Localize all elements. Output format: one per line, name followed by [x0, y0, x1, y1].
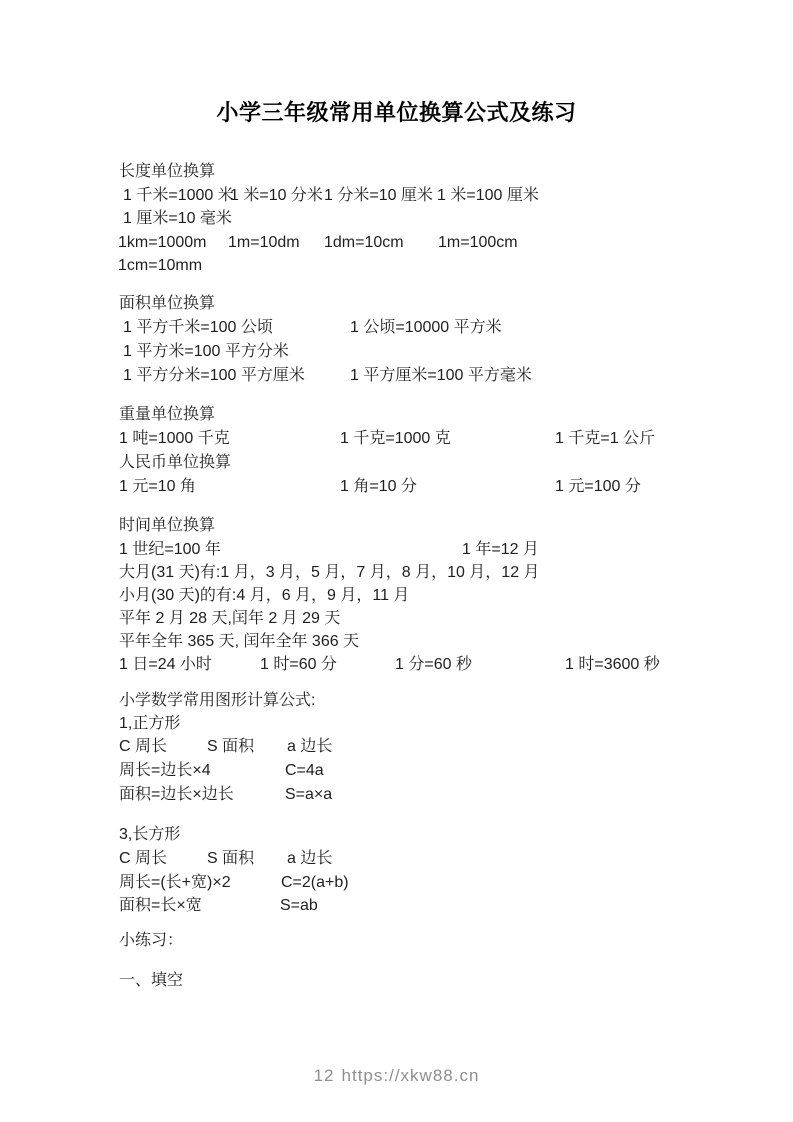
footer-url: https://xkw88.cn [342, 1066, 480, 1086]
time-row6-col2: 1 时=60 分 [260, 653, 337, 677]
length-row3-col2: 1m=10dm [228, 231, 300, 255]
time-heading: 时间单位换算 [119, 514, 215, 538]
area-row1-col2: 1 公顷=10000 平方米 [350, 316, 502, 340]
square-area-formula: S=a×a [285, 783, 332, 807]
footer-page-number: 12 [314, 1066, 335, 1086]
time-row6-col1: 1 日=24 小时 [119, 653, 212, 677]
weight-row1-col1: 1 吨=1000 千克 [119, 427, 230, 451]
money-heading: 人民币单位换算 [119, 451, 231, 475]
length-row3-col3: 1dm=10cm [324, 231, 404, 255]
length-row2-col1: 1 厘米=10 毫米 [123, 207, 232, 231]
square-label: 1,正方形 [119, 712, 180, 736]
rectangle-label: 3,长方形 [119, 823, 180, 847]
length-row1-col3: 1 分米=10 厘米 [324, 184, 433, 208]
weight-row1-col2: 1 千克=1000 克 [340, 427, 451, 451]
weight-heading: 重量单位换算 [119, 403, 215, 427]
area-row3-col1: 1 平方分米=100 平方厘米 [123, 364, 305, 388]
money-row1-col3: 1 元=100 分 [555, 475, 641, 499]
length-row4-col1: 1cm=10mm [118, 254, 202, 278]
area-heading: 面积单位换算 [119, 292, 215, 316]
square-perimeter-cn: 周长=边长×4 [119, 759, 211, 783]
time-row1-col1: 1 世纪=100 年 [119, 538, 221, 562]
square-area-cn: 面积=边长×边长 [119, 783, 234, 807]
length-heading: 长度单位换算 [119, 160, 215, 184]
area-row1-col1: 1 平方千米=100 公顷 [123, 316, 273, 340]
page-footer: 12 https://xkw88.cn [0, 1066, 793, 1086]
square-perimeter-formula: C=4a [285, 759, 324, 783]
length-row1-col1: 1 千米=1000 米 [123, 184, 234, 208]
formulas-heading: 小学数学常用图形计算公式: [119, 689, 315, 713]
money-row1-col2: 1 角=10 分 [340, 475, 417, 499]
time-row4: 平年 2 月 28 天,闰年 2 月 29 天 [119, 607, 340, 631]
practice-heading: 小练习： [119, 929, 183, 953]
time-row3: 小月(30 天)的有:4 月，6 月，9 月，11 月 [119, 584, 409, 608]
length-row1-col2: 1 米=10 分米 [230, 184, 323, 208]
length-row3-col1: 1km=1000m [118, 231, 207, 255]
square-var-c: C 周长 [119, 735, 167, 759]
time-row5: 平年全年 365 天, 闰年全年 366 天 [119, 630, 359, 654]
rectangle-var-a: a 边长 [287, 847, 332, 871]
time-row1-col2: 1 年=12 月 [462, 538, 539, 562]
time-row6-col3: 1 分=60 秒 [395, 653, 472, 677]
rectangle-area-cn: 面积=长×宽 [119, 894, 202, 918]
area-row3-col2: 1 平方厘米=100 平方毫米 [350, 364, 532, 388]
money-row1-col1: 1 元=10 角 [119, 475, 196, 499]
practice-item-fill-blanks: 一、填空 [119, 969, 183, 993]
area-row2-col1: 1 平方米=100 平方分米 [123, 340, 289, 364]
length-row1-col4: 1 米=100 厘米 [437, 184, 539, 208]
document-page: 小学三年级常用单位换算公式及练习 长度单位换算 1 千米=1000 米 1 米=… [0, 0, 793, 1122]
rectangle-var-c: C 周长 [119, 847, 167, 871]
length-row3-col4: 1m=100cm [438, 231, 518, 255]
time-row2: 大月(31 天)有:1 月，3 月，5 月，7 月，8 月，10 月，12 月 [119, 561, 540, 585]
square-var-a: a 边长 [287, 735, 332, 759]
rectangle-perimeter-formula: C=2(a+b) [281, 871, 349, 895]
page-title: 小学三年级常用单位换算公式及练习 [0, 96, 793, 127]
rectangle-perimeter-cn: 周长=(长+宽)×2 [119, 871, 231, 895]
time-row6-col4: 1 时=3600 秒 [565, 653, 660, 677]
rectangle-area-formula: S=ab [280, 894, 318, 918]
weight-row1-col3: 1 千克=1 公斤 [555, 427, 655, 451]
rectangle-var-s: S 面积 [207, 847, 254, 871]
square-var-s: S 面积 [207, 735, 254, 759]
